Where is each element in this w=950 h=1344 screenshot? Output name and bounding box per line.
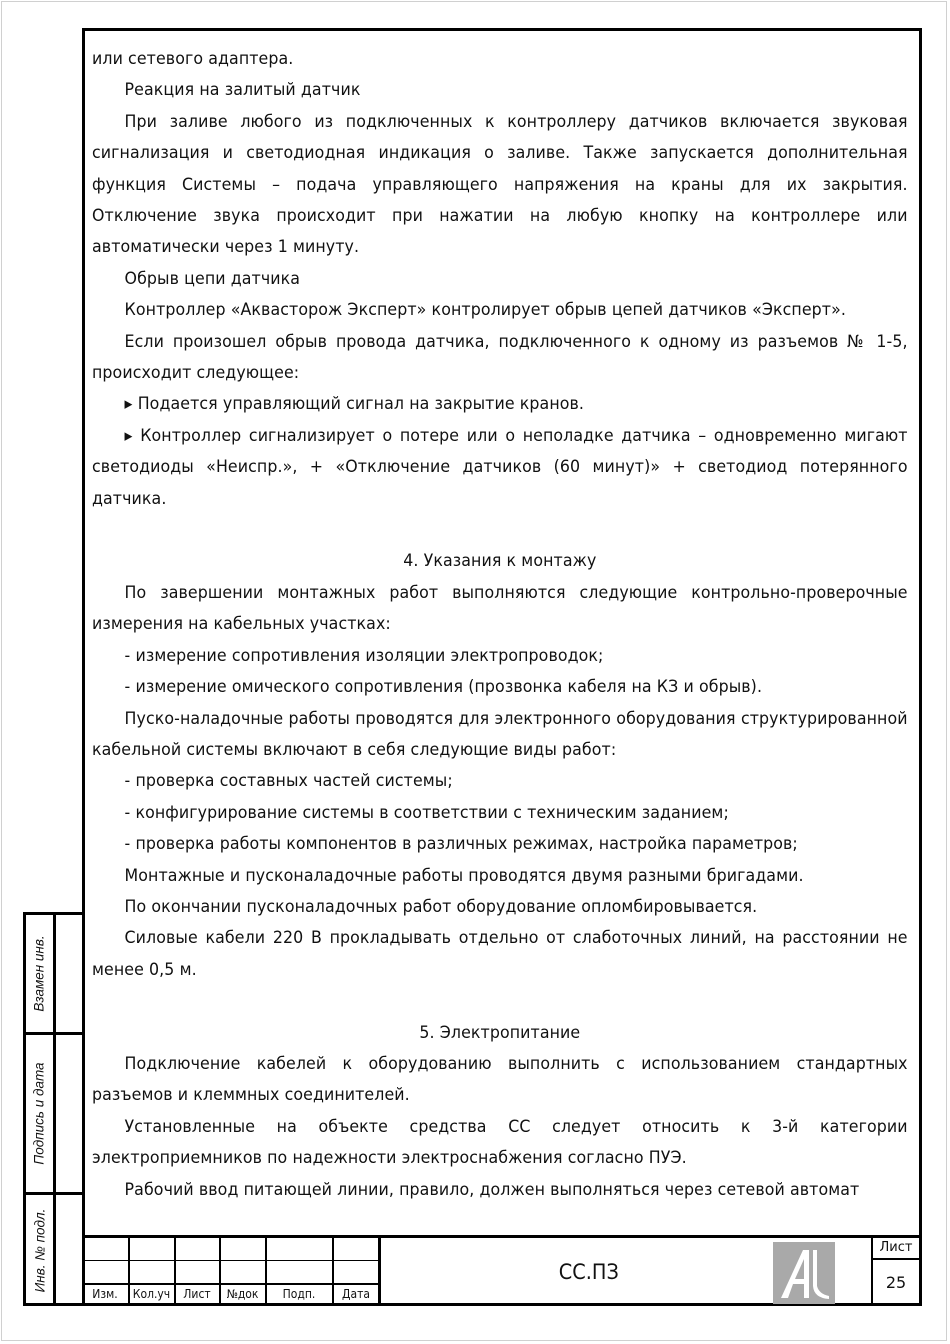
col-ndok: №док <box>222 1284 263 1304</box>
paragraph: По окончании пусконаладочных работ обору… <box>92 892 908 923</box>
paragraph: - проверка составных частей системы; <box>92 766 908 797</box>
document-code-text: СС.ПЗ <box>559 1260 619 1284</box>
paragraph: ▸ Подается управляющий сигнал на закрыти… <box>92 389 908 420</box>
spacer <box>92 986 908 1017</box>
revision-row-line <box>82 1260 380 1261</box>
revision-col-line <box>219 1238 221 1306</box>
revision-table: Изм. Кол.уч Лист №док Подп. Дата <box>82 1238 380 1306</box>
paragraph: Реакция на залитый датчик <box>92 75 908 106</box>
paragraph: Обрыв цепи датчика <box>92 264 908 295</box>
col-data: Дата <box>335 1284 376 1304</box>
col-izm: Изм. <box>84 1284 125 1304</box>
paragraph: Контроллер «Аквасторож Эксперт» контроли… <box>92 295 908 326</box>
col-kol-uch: Кол.уч <box>131 1284 172 1304</box>
side-stamp: Взамен инв. Подпись и дата Инв. № подл. <box>23 912 82 1306</box>
side-label-signature-date: Подпись и дата <box>26 1035 53 1192</box>
sheet-number: 25 <box>873 1260 919 1306</box>
paragraph: - измерение омического сопротивления (пр… <box>92 672 908 703</box>
al-logo-icon <box>773 1242 835 1304</box>
side-label-replaced-inv: Взамен инв. <box>26 915 53 1032</box>
side-label-text: Подпись и дата <box>32 1062 47 1164</box>
revision-col-line <box>332 1238 334 1306</box>
section-heading: 4. Указания к монтажу <box>92 546 908 577</box>
paragraph: Пуско-наладочные работы проводятся для э… <box>92 704 908 767</box>
paragraph: Если произошел обрыв провода датчика, по… <box>92 327 908 390</box>
side-label-text: Инв. № подл. <box>32 1209 47 1293</box>
paragraph: Рабочий ввод питающей линии, правило, до… <box>92 1175 908 1206</box>
paragraph: Установленные на объекте средства СС сле… <box>92 1112 908 1175</box>
side-label-text: Взамен инв. <box>32 935 47 1011</box>
col-podp: Подп. <box>269 1284 328 1304</box>
paragraph: Монтажные и пусконаладочные работы прово… <box>92 861 908 892</box>
section-heading: 5. Электропитание <box>92 1018 908 1049</box>
paragraph: - проверка работы компонентов в различны… <box>92 829 908 860</box>
paragraph: По завершении монтажных работ выполняютс… <box>92 578 908 641</box>
paragraph: или сетевого адаптера. <box>92 44 908 75</box>
title-block: Изм. Кол.уч Лист №док Подп. Дата СС.ПЗ Л… <box>82 1235 922 1306</box>
col-list: Лист <box>177 1284 217 1304</box>
revision-col-line <box>174 1238 176 1306</box>
side-label-original-inv: Инв. № подл. <box>26 1195 53 1306</box>
paragraph: - конфигурирование системы в соответстви… <box>92 798 908 829</box>
paragraph: - измерение сопротивления изоляции элект… <box>92 641 908 672</box>
paragraph: ▸ Контроллер сигнализирует о потере или … <box>92 421 908 515</box>
paragraph: При заливе любого из подключенных к конт… <box>92 107 908 264</box>
al-logo-glyph <box>773 1242 835 1304</box>
spacer <box>92 515 908 546</box>
sheet-label: Лист <box>873 1238 919 1260</box>
paragraph: Подключение кабелей к оборудованию выпол… <box>92 1049 908 1112</box>
revision-col-line <box>128 1238 130 1306</box>
revision-col-line <box>265 1238 267 1306</box>
side-stamp-divider <box>53 915 56 1303</box>
paragraph: Силовые кабели 220 В прокладывать отдель… <box>92 923 908 986</box>
document-body: или сетевого адаптера.Реакция на залитый… <box>92 44 908 1206</box>
